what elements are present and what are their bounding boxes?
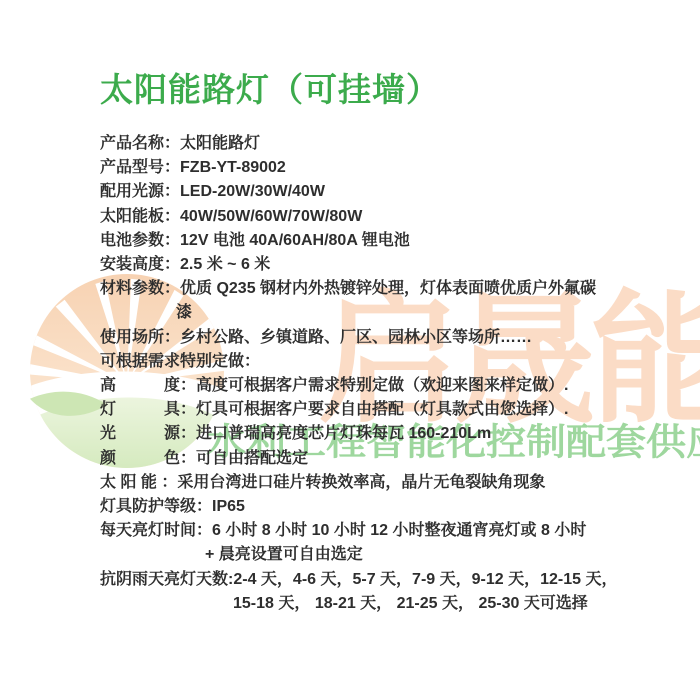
spec-label: 电池参数： — [100, 232, 180, 249]
spec-label: 颜 色： — [100, 450, 196, 467]
content-layer: 太阳能路灯（可挂墙） 产品名称：太阳能路灯 产品型号：FZB-YT-89002 … — [0, 0, 700, 700]
spec-label: 光 源： — [100, 425, 196, 442]
spec-row-light-source: 配用光源：LED-20W/30W/40W — [100, 180, 660, 204]
spec-label: 每天亮灯时间： — [100, 522, 212, 539]
spec-value: LED-20W/30W/40W — [180, 183, 325, 200]
spec-row-led-chip: 光 源：进口普瑞高亮度芯片灯珠每瓦 160-210Lm — [100, 422, 660, 446]
spec-section-custom-made: 可根据需求特别定做： — [100, 350, 660, 374]
spec-row-usage-places: 使用场所：乡村公路、乡镇道路、厂区、园林小区等场所…… — [100, 326, 660, 350]
spec-value: 可自由搭配选定 — [196, 450, 308, 467]
spec-value: 6 小时 8 小时 10 小时 12 小时整夜通宵亮灯或 8 小时 — [212, 522, 586, 539]
spec-value: 进口普瑞高亮度芯片灯珠每瓦 160-210Lm — [196, 425, 491, 442]
spec-value: 采用台湾进口硅片转换效率高，晶片无龟裂缺角现象 — [177, 474, 545, 491]
spec-value: 优质 Q235 钢材内外热镀锌处理，灯体表面喷优质户外氟碳 — [180, 280, 596, 297]
spec-value: FZB-YT-89002 — [180, 159, 286, 176]
spec-row-model: 产品型号：FZB-YT-89002 — [100, 156, 660, 180]
spec-label: 太阳能板： — [100, 208, 180, 225]
spec-label: 抗阴雨天亮灯天数: — [100, 571, 233, 588]
spec-label: 配用光源： — [100, 183, 180, 200]
spec-value: 高度可根据客户需求特别定做（欢迎来图来样定做）. — [196, 377, 568, 394]
spec-value: 40W/50W/60W/70W/80W — [180, 208, 362, 225]
spec-row-height-custom: 高 度：高度可根据客户需求特别定做（欢迎来图来样定做）. — [100, 374, 660, 398]
spec-row-solar-cell: 太 阳 能 ：采用台湾进口硅片转换效率高，晶片无龟裂缺角现象 — [100, 471, 660, 495]
spec-label: 产品型号： — [100, 159, 180, 176]
spec-value: 太阳能路灯 — [180, 135, 260, 152]
spec-row-lamp-custom: 灯 具：灯具可根据客户要求自由搭配（灯具款式由您选择）. — [100, 398, 660, 422]
spec-value: 2.5 米 ~ 6 米 — [180, 256, 270, 273]
spec-value-continuation: + 晨亮设置可自由选定 — [205, 543, 660, 567]
spec-value: 灯具可根据客户要求自由搭配（灯具款式由您选择）. — [196, 401, 568, 418]
spec-value: 乡村公路、乡镇道路、厂区、园林小区等场所…… — [180, 329, 532, 346]
spec-label: 灯 具： — [100, 401, 196, 418]
spec-row-install-height: 安装高度：2.5 米 ~ 6 米 — [100, 253, 660, 277]
spec-value: 2-4 天，4-6 天，5-7 天，7-9 天，9-12 天，12-15 天， — [233, 571, 617, 588]
spec-label: 产品名称： — [100, 135, 180, 152]
spec-row-ip-rating: 灯具防护等级：IP65 — [100, 495, 660, 519]
spec-label: 高 度： — [100, 377, 196, 394]
spec-row-daily-lighting-time: 每天亮灯时间：6 小时 8 小时 10 小时 12 小时整夜通宵亮灯或 8 小时 — [100, 519, 660, 543]
spec-label: 材料参数： — [100, 280, 180, 297]
spec-row-color-option: 颜 色：可自由搭配选定 — [100, 447, 660, 471]
spec-row-rainy-days: 抗阴雨天亮灯天数:2-4 天，4-6 天，5-7 天，7-9 天，9-12 天，… — [100, 568, 660, 592]
spec-row-material: 材料参数：优质 Q235 钢材内外热镀锌处理，灯体表面喷优质户外氟碳 — [100, 277, 660, 301]
page-title: 太阳能路灯（可挂墙） — [100, 64, 440, 111]
spec-list: 产品名称：太阳能路灯 产品型号：FZB-YT-89002 配用光源：LED-20… — [100, 132, 660, 616]
spec-row-battery: 电池参数：12V 电池 40A/60AH/80A 锂电池 — [100, 229, 660, 253]
product-spec-page: { "page": { "background_color": "#ffffff… — [0, 0, 700, 700]
spec-label: 太 阳 能 ： — [100, 474, 177, 491]
spec-label: 使用场所： — [100, 329, 180, 346]
spec-label: 灯具防护等级： — [100, 498, 212, 515]
spec-value-continuation: 漆 — [176, 301, 660, 325]
spec-row-solar-panel: 太阳能板：40W/50W/60W/70W/80W — [100, 205, 660, 229]
spec-label: 安装高度： — [100, 256, 180, 273]
spec-row-product-name: 产品名称：太阳能路灯 — [100, 132, 660, 156]
spec-value: IP65 — [212, 498, 245, 515]
section-heading: 可根据需求特别定做： — [100, 353, 260, 370]
spec-value-continuation: 15-18 天， 18-21 天， 21-25 天， 25-30 天可选择 — [233, 592, 660, 616]
spec-value: 12V 电池 40A/60AH/80A 锂电池 — [180, 232, 410, 249]
